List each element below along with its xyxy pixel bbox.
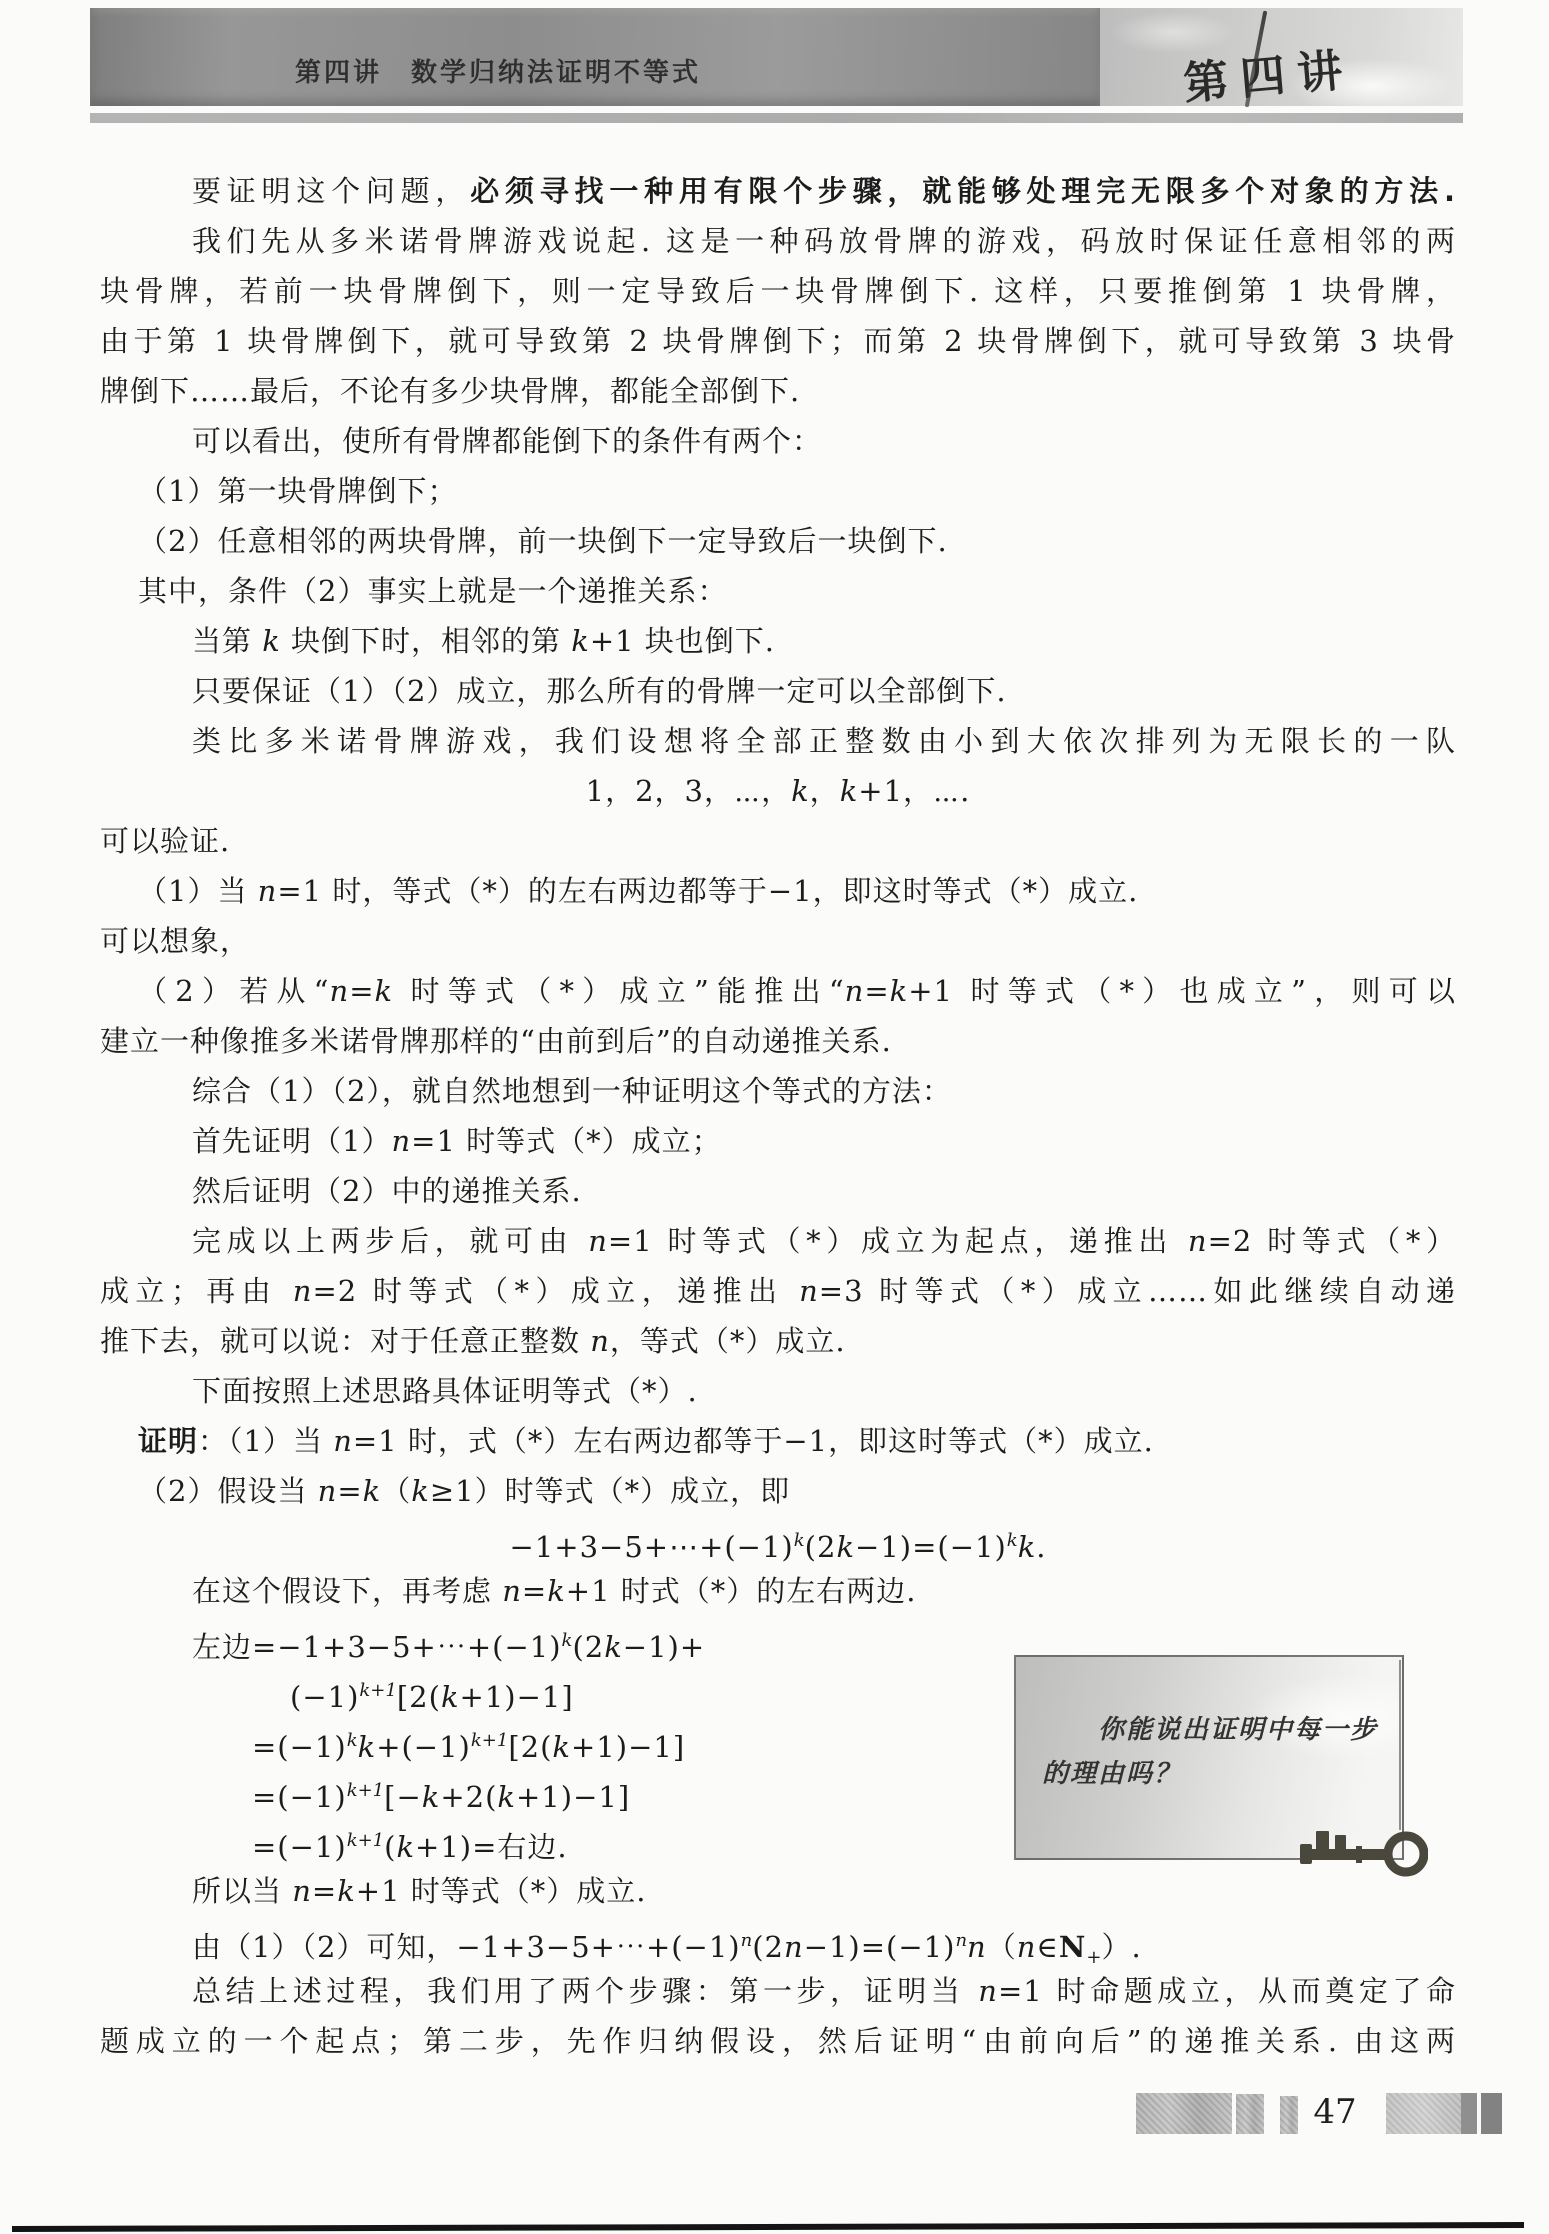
footer-deco-block	[1461, 2093, 1477, 2134]
footer-deco-block	[1236, 2094, 1264, 2134]
text-line: 由于第 1 块骨牌倒下，就可导致第 2 块骨牌倒下；而第 2 块骨牌倒下，就可导…	[100, 316, 1456, 366]
text-line: （2）假设当 n=k（k≥1）时等式（*）成立，即	[100, 1466, 1456, 1516]
scan-edge-line	[12, 2222, 1524, 2232]
text-line: 推下去，就可以说：对于任意正整数 n，等式（*）成立.	[100, 1316, 1456, 1366]
text-line: 我们先从多米诺骨牌游戏说起. 这是一种码放骨牌的游戏，码放时保证任意相邻的两	[100, 216, 1456, 266]
text-line: 然后证明（2）中的递推关系.	[100, 1166, 1456, 1216]
chapter-banner: 第四讲 数学归纳法证明不等式	[90, 8, 1100, 106]
text-line: 首先证明（1）n=1 时等式（*）成立；	[100, 1116, 1456, 1166]
key-string	[1399, 1660, 1401, 1830]
text-line: 块骨牌，若前一块骨牌倒下，则一定导致后一块骨牌倒下. 这样，只要推倒第 1 块骨…	[100, 266, 1456, 316]
footer-deco-block	[1386, 2093, 1461, 2134]
text-line: 1，2，3，⋯，k，k+1，⋯.	[100, 766, 1456, 816]
footer-deco-block	[1280, 2096, 1298, 2134]
text-line: 题成立的一个起点；第二步，先作归纳假设，然后证明“由前向后”的递推关系. 由这两	[100, 2016, 1456, 2066]
text-line: 当第 k 块倒下时，相邻的第 k+1 块也倒下.	[100, 616, 1456, 666]
footer-deco-block	[1481, 2093, 1502, 2134]
text-line: 证明：（1）当 n=1 时，式（*）左右两边都等于−1，即这时等式（*）成立.	[100, 1416, 1456, 1466]
text-line: （2）若从“n=k 时等式（*）成立”能推出“n=k+1 时等式（*）也成立”，…	[100, 966, 1456, 1016]
text-line: 由（1）（2）可知，−1+3−5+⋯+(−1)n(2n−1)=(−1)nn（n∈…	[100, 1916, 1456, 1966]
text-line: 下面按照上述思路具体证明等式（*）.	[100, 1366, 1456, 1416]
text-line: 成立；再由 n=2 时等式（*）成立，递推出 n=3 时等式（*）成立……如此继…	[100, 1266, 1456, 1316]
text-line: 可以想象，	[100, 916, 1456, 966]
text-line: 可以验证.	[100, 816, 1456, 866]
text-line: 建立一种像推多米诺骨牌那样的“由前到后”的自动递推关系.	[100, 1016, 1456, 1066]
text-line: 可以看出，使所有骨牌都能倒下的条件有两个：	[100, 416, 1456, 466]
text-line: 要证明这个问题，必须寻找一种用有限个步骤，就能够处理完无限多个对象的方法.	[100, 166, 1456, 216]
text-line: 综合（1）（2），就自然地想到一种证明这个等式的方法：	[100, 1066, 1456, 1116]
note-text-line-2: 的理由吗？	[1042, 1753, 1182, 1790]
text-line: 其中，条件（2）事实上就是一个递推关系：	[100, 566, 1456, 616]
text-line: 牌倒下……最后，不论有多少块骨牌，都能全部倒下.	[100, 366, 1456, 416]
text-line: 类比多米诺骨牌游戏，我们设想将全部正整数由小到大依次排列为无限长的一队	[100, 716, 1456, 766]
banner-underline-strip	[90, 113, 1463, 123]
text-line: 只要保证（1）（2）成立，那么所有的骨牌一定可以全部倒下.	[100, 666, 1456, 716]
note-text-line-1: 你能说出证明中每一步	[1098, 1709, 1378, 1746]
footer-deco-block	[1136, 2093, 1232, 2134]
key-icon	[1300, 1822, 1428, 1886]
page-number: 47	[1312, 2090, 1358, 2134]
text-line: （2）任意相邻的两块骨牌，前一块倒下一定导致后一块倒下.	[100, 516, 1456, 566]
text-line: （1）第一块骨牌倒下；	[100, 466, 1456, 516]
text-line: −1+3−5+⋯+(−1)k(2k−1)=(−1)kk.	[100, 1516, 1456, 1566]
text-line: 总结上述过程，我们用了两个步骤：第一步，证明当 n=1 时命题成立，从而奠定了命	[100, 1966, 1456, 2016]
text-line: 完成以上两步后，就可由 n=1 时等式（*）成立为起点，递推出 n=2 时等式（…	[100, 1216, 1456, 1266]
text-line: （1）当 n=1 时，等式（*）的左右两边都等于−1，即这时等式（*）成立.	[100, 866, 1456, 916]
chapter-banner-title: 第四讲 数学归纳法证明不等式	[295, 52, 701, 89]
text-line: 所以当 n=k+1 时等式（*）成立.	[100, 1866, 1456, 1916]
text-line: 在这个假设下，再考虑 n=k+1 时式（*）的左右两边.	[100, 1566, 1456, 1616]
page: { "page": { "bg_color": "#fbfbf9", "ink_…	[0, 0, 1549, 2234]
